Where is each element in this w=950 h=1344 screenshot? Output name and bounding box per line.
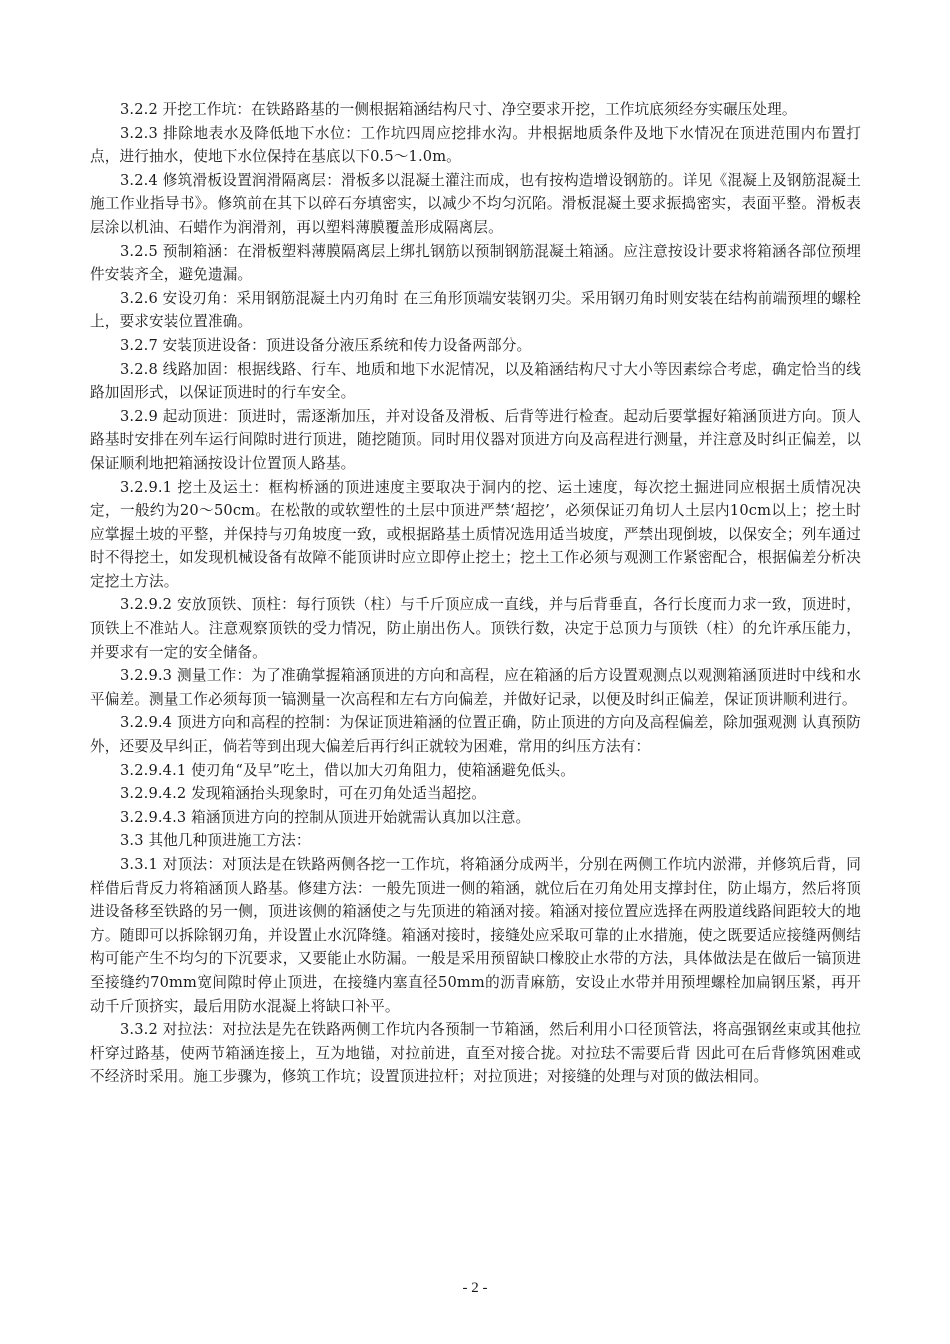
page-number: - 2 - (0, 1280, 950, 1297)
paragraph-3-2-9-1: 3.2.9.1 挖土及运土：框构桥涵的顶进速度主要取决于洞内的挖、运土速度，每次… (90, 476, 861, 594)
paragraph-3-2-9-4-2: 3.2.9.4.2 发现箱涵抬头现象时，可在刃角处适当超挖。 (90, 782, 861, 806)
paragraph-3-2-6: 3.2.6 安设刃角：采用钢筋混凝土内刃角时 在三角形顶端安装钢刃尖。采用钢刃角… (90, 287, 861, 334)
paragraph-3-2-3: 3.2.3 排除地表水及降低地下水位：工作坑四周应挖排水沟。井根据地质条件及地下… (90, 122, 861, 169)
paragraph-3-2-9-2: 3.2.9.2 安放顶铁、顶柱：每行顶铁（柱）与千斤顶应成一直线，并与后背垂直，… (90, 593, 861, 664)
document-body: 3.2.2 开挖工作坑：在铁路路基的一侧根据箱涵结构尺寸、净空要求开挖，工作坑底… (90, 98, 861, 1089)
paragraph-3-2-2: 3.2.2 开挖工作坑：在铁路路基的一侧根据箱涵结构尺寸、净空要求开挖，工作坑底… (90, 98, 861, 122)
paragraph-3-2-4: 3.2.4 修筑滑板设置润滑隔离层：滑板多以混凝土灌注而成，也有按构造增设钢筋的… (90, 169, 861, 240)
paragraph-3-2-7: 3.2.7 安装顶进设备：顶进设备分液压系统和传力设备两部分。 (90, 334, 861, 358)
paragraph-3-2-9-4-1: 3.2.9.4.1 使刃角“及早”吃土，借以加大刃角阻力，使箱涵避免低头。 (90, 759, 861, 783)
section-heading-3-3: 3.3 其他几种顶进施工方法： (90, 829, 861, 853)
paragraph-3-2-9-4-3: 3.2.9.4.3 箱涵顶进方向的控制从顶进开始就需认真加以注意。 (90, 806, 861, 830)
paragraph-3-2-8: 3.2.8 线路加固：根据线路、行车、地质和地下水泥情况，以及箱涵结构尺寸大小等… (90, 358, 861, 405)
paragraph-3-2-9-3: 3.2.9.3 测量工作：为了准确掌握箱涵顶进的方向和高程，应在箱涵的后方设置观… (90, 664, 861, 711)
paragraph-3-3-2: 3.3.2 对拉法：对拉法是先在铁路两侧工作坑内各预制一节箱涵，然后利用小口径顶… (90, 1018, 861, 1089)
paragraph-3-2-9: 3.2.9 起动顶进：顶进时，需逐渐加压，并对设备及滑板、后背等进行检查。起动后… (90, 405, 861, 476)
paragraph-3-2-5: 3.2.5 预制箱涵：在滑板塑料薄膜隔离层上绑扎钢筋以预制钢筋混凝土箱涵。应注意… (90, 240, 861, 287)
paragraph-3-3-1: 3.3.1 对顶法：对顶法是在铁路两侧各挖一工作坑，将箱涵分成两半，分别在两侧工… (90, 853, 861, 1018)
paragraph-3-2-9-4: 3.2.9.4 顶进方向和高程的控制：为保证顶进箱涵的位置正确，防止顶进的方向及… (90, 711, 861, 758)
